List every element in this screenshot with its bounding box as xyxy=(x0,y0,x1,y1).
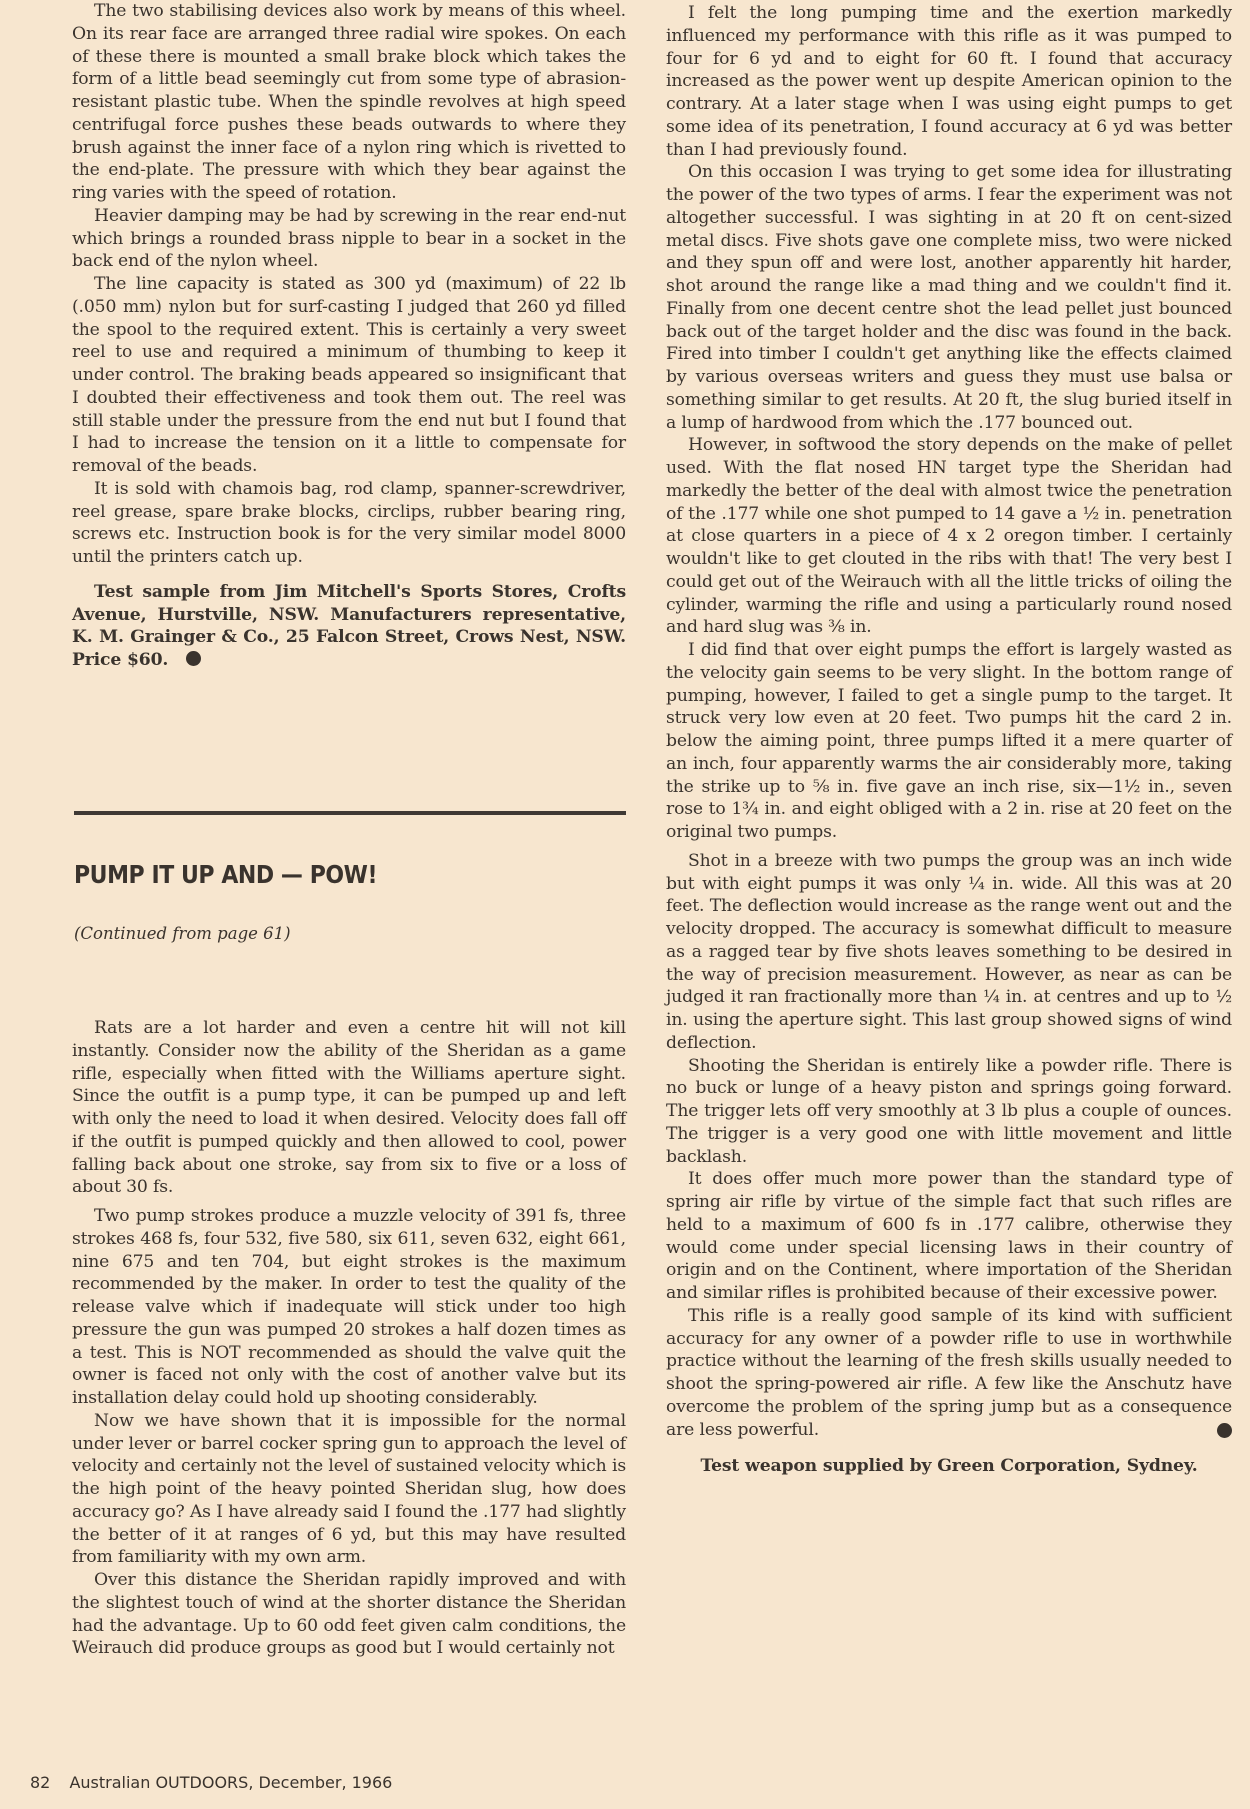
paragraph: Two pump strokes produce a muzzle veloci… xyxy=(72,1205,626,1410)
end-mark-icon xyxy=(1217,1423,1232,1438)
paragraph: Over this distance the Sheridan rapidly … xyxy=(72,1569,626,1660)
page-footer: 82 Australian OUTDOORS, December, 1966 xyxy=(30,1773,392,1792)
section-divider xyxy=(74,811,626,815)
continued-note: (Continued from page 61) xyxy=(74,924,291,943)
paragraph-last: This rifle is a really good sample of it… xyxy=(666,1305,1232,1442)
article-credit: Test weapon supplied by Green Corporatio… xyxy=(666,1455,1232,1478)
publication-line: Australian OUTDOORS, December, 1966 xyxy=(69,1773,392,1792)
article-headline: PUMP IT UP AND — POW! xyxy=(74,860,377,889)
paragraph: On this occasion I was trying to get som… xyxy=(666,161,1232,434)
credit-text: Test sample from Jim Mitchell's Sports S… xyxy=(72,582,626,670)
paragraph: It does offer much more power than the s… xyxy=(666,1168,1232,1305)
article-right-column: I felt the long pumping time and the exe… xyxy=(666,2,1232,1478)
paragraph: Rats are a lot harder and even a centre … xyxy=(72,1017,626,1199)
paragraph: It is sold with chamois bag, rod clamp, … xyxy=(72,478,626,569)
paragraph: However, in softwood the story depends o… xyxy=(666,434,1232,639)
reel-credit: Test sample from Jim Mitchell's Sports S… xyxy=(72,581,626,672)
paragraph: The two stabilising devices also work by… xyxy=(72,0,626,205)
article-left-column: Rats are a lot harder and even a centre … xyxy=(72,1017,626,1660)
paragraph: I did find that over eight pumps the eff… xyxy=(666,639,1232,844)
paragraph: The line capacity is stated as 300 yd (m… xyxy=(72,273,626,478)
end-mark-icon xyxy=(186,651,201,666)
paragraph: Heavier damping may be had by screwing i… xyxy=(72,205,626,273)
reel-article-column: The two stabilising devices also work by… xyxy=(72,0,626,672)
page-number: 82 xyxy=(30,1773,50,1792)
paragraph: Shot in a breeze with two pumps the grou… xyxy=(666,850,1232,1055)
paragraph: I felt the long pumping time and the exe… xyxy=(666,2,1232,161)
paragraph: Now we have shown that it is impossible … xyxy=(72,1410,626,1569)
paragraph-text: This rifle is a really good sample of it… xyxy=(666,1306,1232,1440)
paragraph: Shooting the Sheridan is entirely like a… xyxy=(666,1055,1232,1169)
